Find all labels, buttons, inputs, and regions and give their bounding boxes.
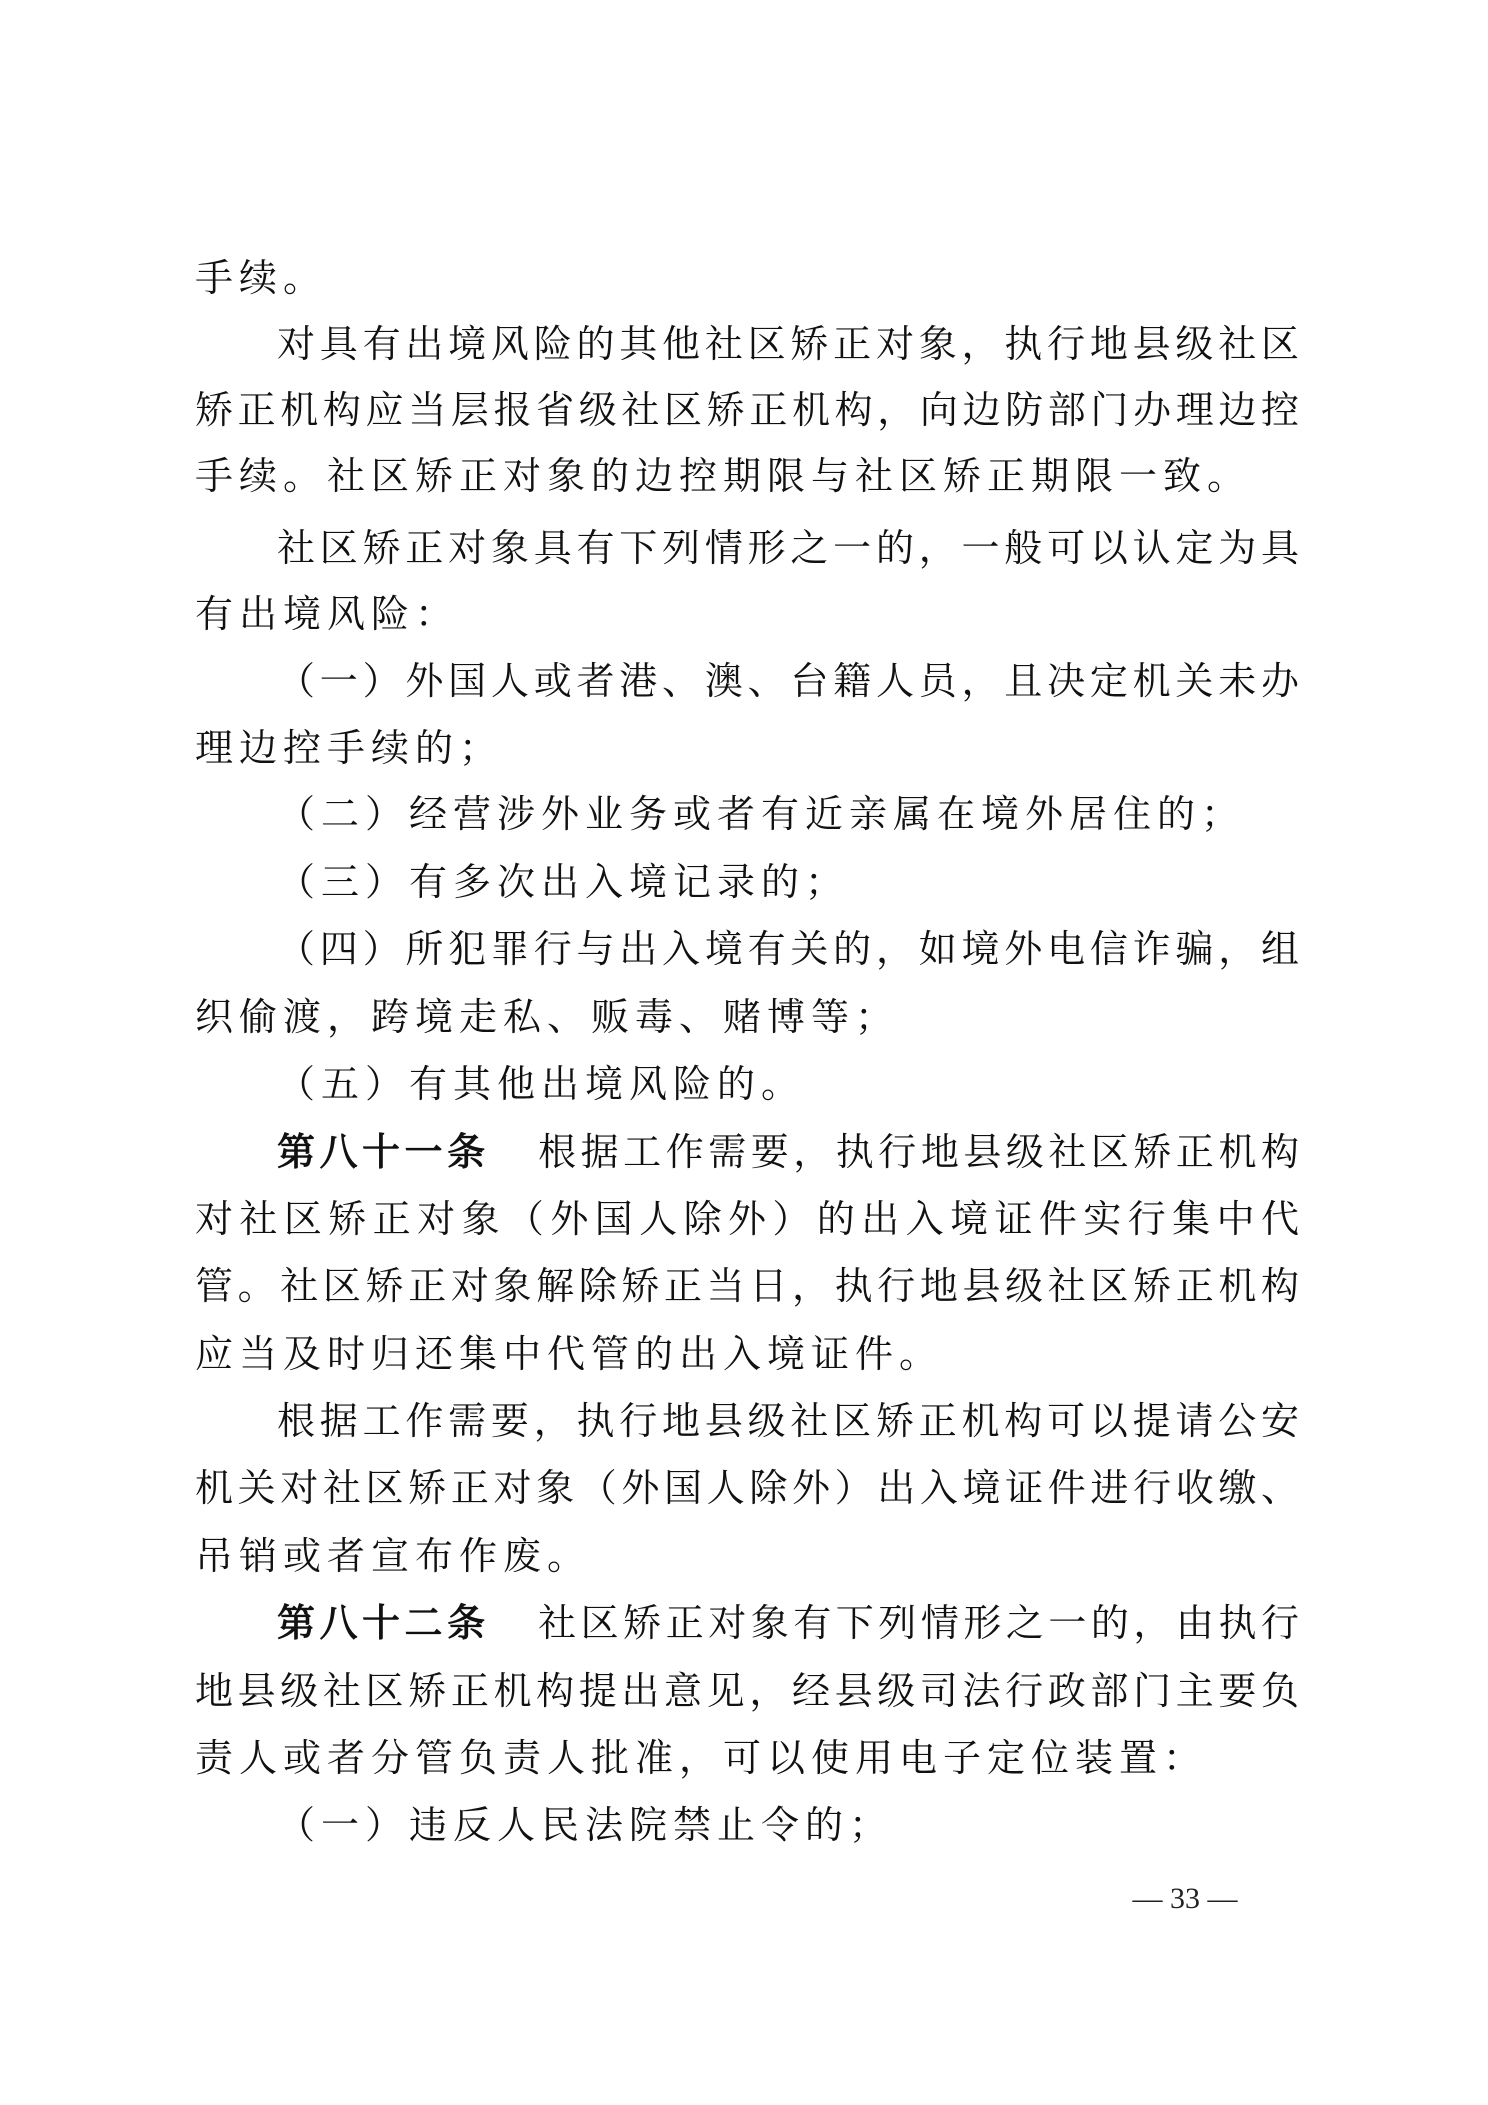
- text-line: 手续。社区矫正对象的边控期限与社区矫正期限一致。: [195, 454, 1299, 498]
- document-page: 手续。 对具有出境风险的其他社区矫正对象，执行地县级社区 矫正机构应当层报省级社…: [0, 0, 1488, 2105]
- text-line: 吊销或者宣布作废。: [195, 1534, 1299, 1578]
- article-82-heading: 第八十二条: [277, 1601, 490, 1645]
- text-line: 理边控手续的；: [195, 726, 1299, 770]
- list-item-line: （二）经营涉外业务或者有近亲属在境外居住的；: [277, 792, 1299, 836]
- text-line: 地县级社区矫正机构提出意见，经县级司法行政部门主要负: [195, 1669, 1299, 1713]
- text-line: 管。社区矫正对象解除矫正当日，执行地县级社区矫正机构: [195, 1264, 1299, 1308]
- text-line: 手续。: [195, 256, 1299, 300]
- text-line: 有出境风险：: [195, 592, 1299, 636]
- list-item-line: （三）有多次出入境记录的；: [277, 860, 1299, 904]
- paragraph-line: 社区矫正对象具有下列情形之一的，一般可以认定为具: [277, 526, 1299, 570]
- list-item-line: （五）有其他出境风险的。: [277, 1062, 1299, 1106]
- text-line: 对社区矫正对象（外国人除外）的出入境证件实行集中代: [195, 1197, 1299, 1241]
- text-line: 责人或者分管负责人批准，可以使用电子定位装置：: [195, 1736, 1299, 1780]
- article-82-text: 社区矫正对象有下列情形之一的，由执行: [534, 1601, 1299, 1645]
- text-line: 矫正机构应当层报省级社区矫正机构，向边防部门办理边控: [195, 388, 1299, 432]
- article-81-line: 第八十一条根据工作需要，执行地县级社区矫正机构: [277, 1130, 1299, 1174]
- text-line: 应当及时归还集中代管的出入境证件。: [195, 1332, 1299, 1376]
- article-81-text: 根据工作需要，执行地县级社区矫正机构: [534, 1130, 1299, 1174]
- list-item-line: （一）外国人或者港、澳、台籍人员，且决定机关未办: [277, 659, 1299, 703]
- paragraph-line: 对具有出境风险的其他社区矫正对象，执行地县级社区: [277, 322, 1299, 366]
- page-number: — 33 —: [1100, 1882, 1270, 1916]
- article-81-heading: 第八十一条: [277, 1130, 490, 1174]
- paragraph-line: 根据工作需要，执行地县级社区矫正机构可以提请公安: [277, 1399, 1299, 1443]
- text-line: 机关对社区矫正对象（外国人除外）出入境证件进行收缴、: [195, 1466, 1299, 1510]
- text-line: 织偷渡，跨境走私、贩毒、赌博等；: [195, 995, 1299, 1039]
- list-item-line: （一）违反人民法院禁止令的；: [277, 1803, 1299, 1847]
- article-82-line: 第八十二条社区矫正对象有下列情形之一的，由执行: [277, 1601, 1299, 1645]
- list-item-line: （四）所犯罪行与出入境有关的，如境外电信诈骗，组: [277, 927, 1299, 971]
